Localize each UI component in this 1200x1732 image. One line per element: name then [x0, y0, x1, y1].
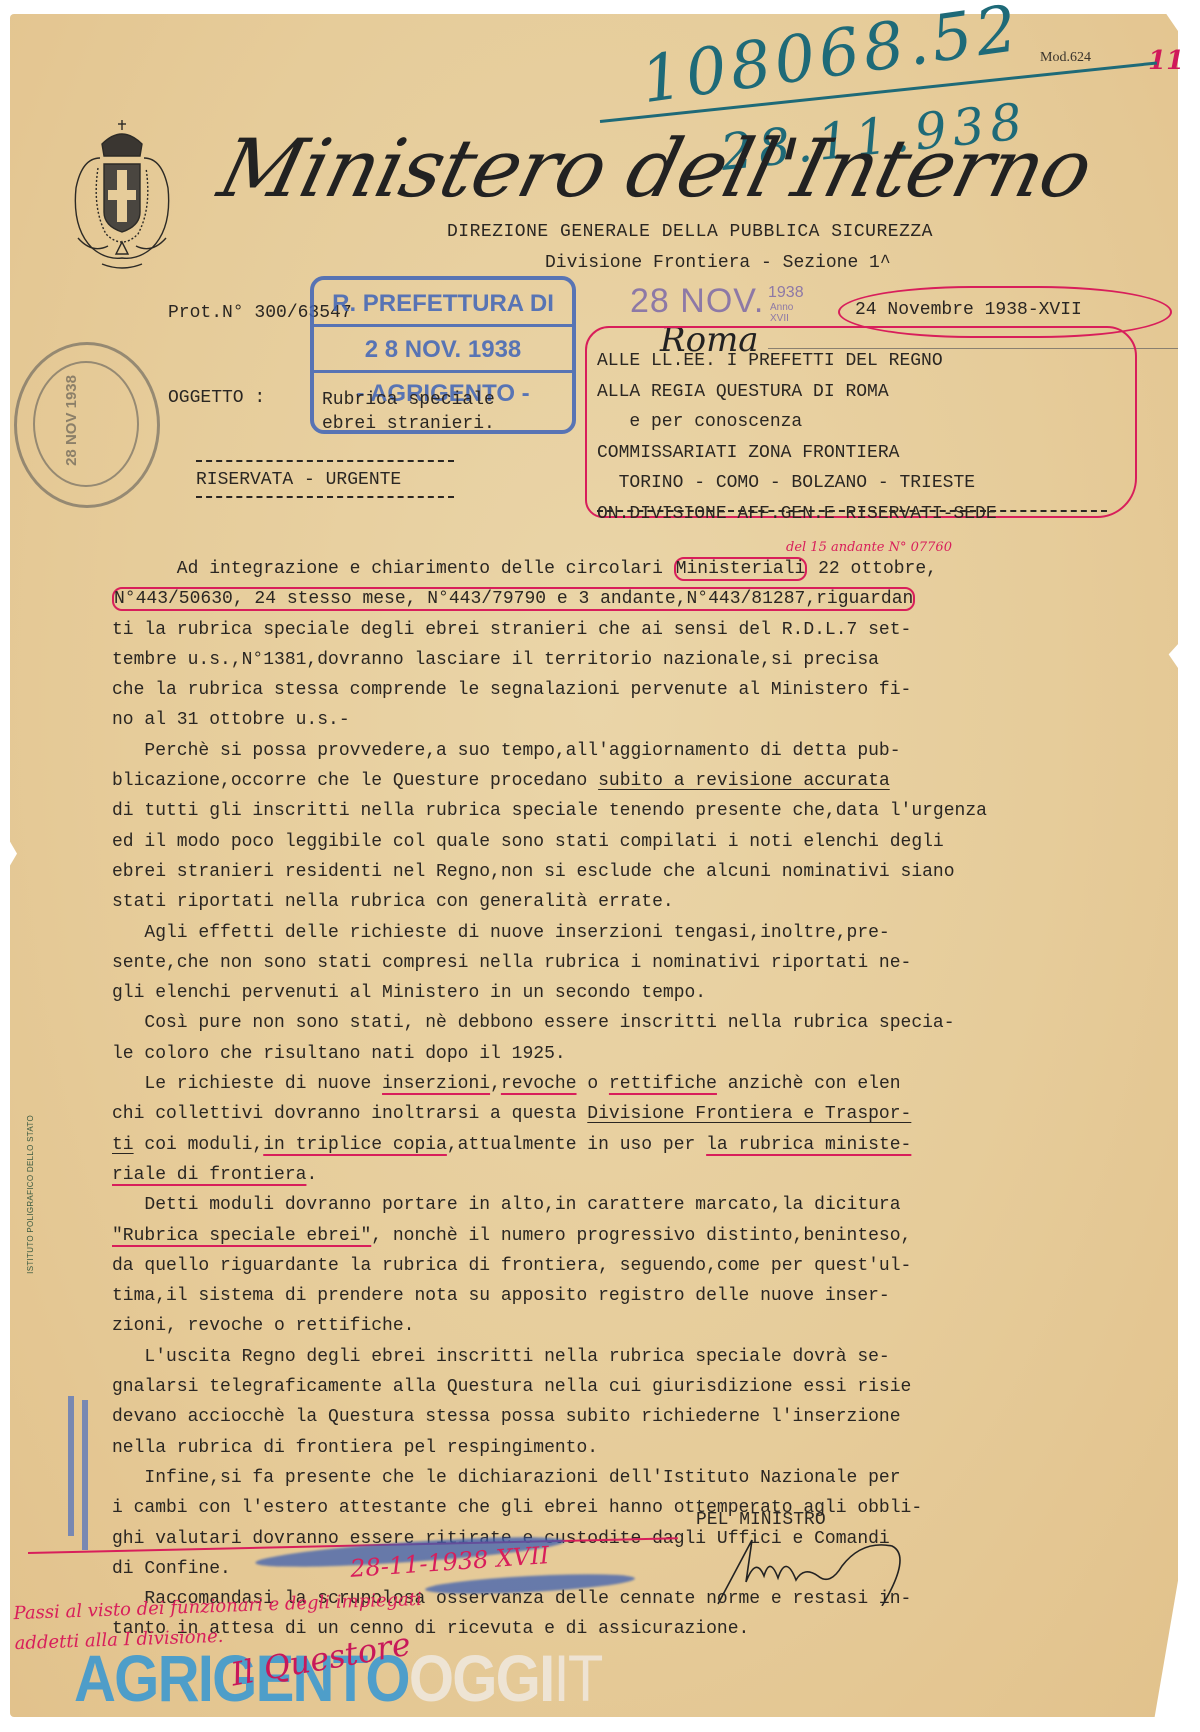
prefettura-stamp-date: 2 8 NOV. 1938 [314, 336, 572, 364]
received-stamp-anno: Anno XVII [770, 302, 793, 324]
watermark-it: IT [553, 1641, 601, 1715]
recipient-line: ALLE LL.EE. I PREFETTI DEL REGNO [597, 346, 997, 377]
signoff: PEL MINISTRO [696, 1510, 826, 1530]
paragraph-2: Perchè si possa provvedere,a suo tempo,a… [112, 736, 1152, 918]
watermark-oggi: OGGI [409, 1641, 554, 1715]
letter-body: Ad integrazione e chiarimento delle circ… [112, 554, 1152, 1645]
classification: RISERVATA - URGENTE [196, 470, 401, 490]
classification-rule-top [196, 460, 454, 462]
underline-rubrica-ministeriale: la rubrica ministe- [706, 1135, 911, 1155]
form-code: Mod.624 [1040, 50, 1091, 66]
document-date: 24 Novembre 1938-XVII [855, 300, 1082, 320]
division-heading: Divisione Frontiera - Sezione 1^ [545, 253, 891, 273]
recipient-line: TORINO - COMO - BOLZANO - TRIESTE [597, 468, 997, 499]
received-date-stamp: 28 NOV. 1938 Anno XVII [630, 282, 764, 321]
underline-rettifiche: rettifiche [609, 1074, 717, 1094]
recipient-line: ON.DIVISIONE AFF.GEN.E RISERVATI-SEDE [597, 499, 997, 530]
paragraph-1: Ad integrazione e chiarimento delle circ… [112, 554, 1152, 736]
underline-revoche: revoche [501, 1074, 577, 1094]
paragraph-5: Le richieste di nuove inserzioni,revoche… [112, 1069, 1152, 1190]
underline-rubrica-speciale-ebrei: "Rubrica speciale ebrei" [112, 1226, 371, 1246]
recipient-line: COMMISSARIATI ZONA FRONTIERA [597, 438, 997, 469]
recipients-divider [597, 510, 1107, 512]
paragraph-7: L'uscita Regno degli ebrei inscritti nel… [112, 1342, 1152, 1463]
paragraph-6: Detti moduli dovranno portare in alto,in… [112, 1190, 1152, 1341]
underline-divisione-frontiera: Divisione Frontiera e Traspor- [587, 1104, 911, 1124]
subject-value: Rubrica speciale ebrei stranieri. [322, 388, 495, 436]
underline-subito-revisione: subito a revisione accurata [598, 771, 890, 791]
classification-rule-bottom [196, 496, 454, 498]
subject-label: OGGETTO : [168, 388, 265, 408]
recipient-line: e per conoscenza [597, 407, 997, 438]
highlight-ministeriali: Ministeriali [674, 557, 808, 581]
paragraph-3: Agli effetti delle richieste di nuove in… [112, 918, 1152, 1009]
ministry-title: Ministero dell'Interno [210, 122, 1100, 215]
highlight-circular-refs: N°443/50630, 24 stesso mese, N°443/79790… [112, 587, 915, 611]
minister-signature-icon [712, 1536, 932, 1606]
royal-coat-of-arms-icon [62, 118, 182, 278]
directorate-heading: DIREZIONE GENERALE DELLA PUBBLICA SICURE… [447, 222, 933, 242]
prefettura-stamp-title: R. PREFETTURA DI [314, 290, 572, 318]
round-stamp-date: 28 NOV 1938 [63, 375, 80, 466]
subject-line: Rubrica speciale [322, 388, 495, 412]
received-stamp-day: 28 NOV. [630, 282, 764, 320]
printer-imprint: ISTITUTO POLIGRAFICO DELLO STATO [26, 1115, 35, 1274]
subject-line: ebrei stranieri. [322, 412, 495, 436]
recipient-line: ALLA REGIA QUESTURA DI ROMA [597, 377, 997, 408]
recipients-block: ALLE LL.EE. I PREFETTI DEL REGNOALLA REG… [597, 346, 997, 529]
paragraph-4: Così pure non sono stati, nè debbono ess… [112, 1008, 1152, 1069]
blue-pencil-margin-mark [68, 1396, 74, 1536]
round-questura-stamp: 28 NOV 1938 [14, 342, 160, 508]
underline-inserzioni: inserzioni [382, 1074, 490, 1094]
received-stamp-year: 1938 [768, 284, 804, 302]
blue-pencil-margin-mark [82, 1400, 88, 1550]
red-margin-annotation: del 15 andante N° 07760 [786, 540, 952, 555]
underline-triplice-copia: in triplice copia [263, 1135, 447, 1155]
